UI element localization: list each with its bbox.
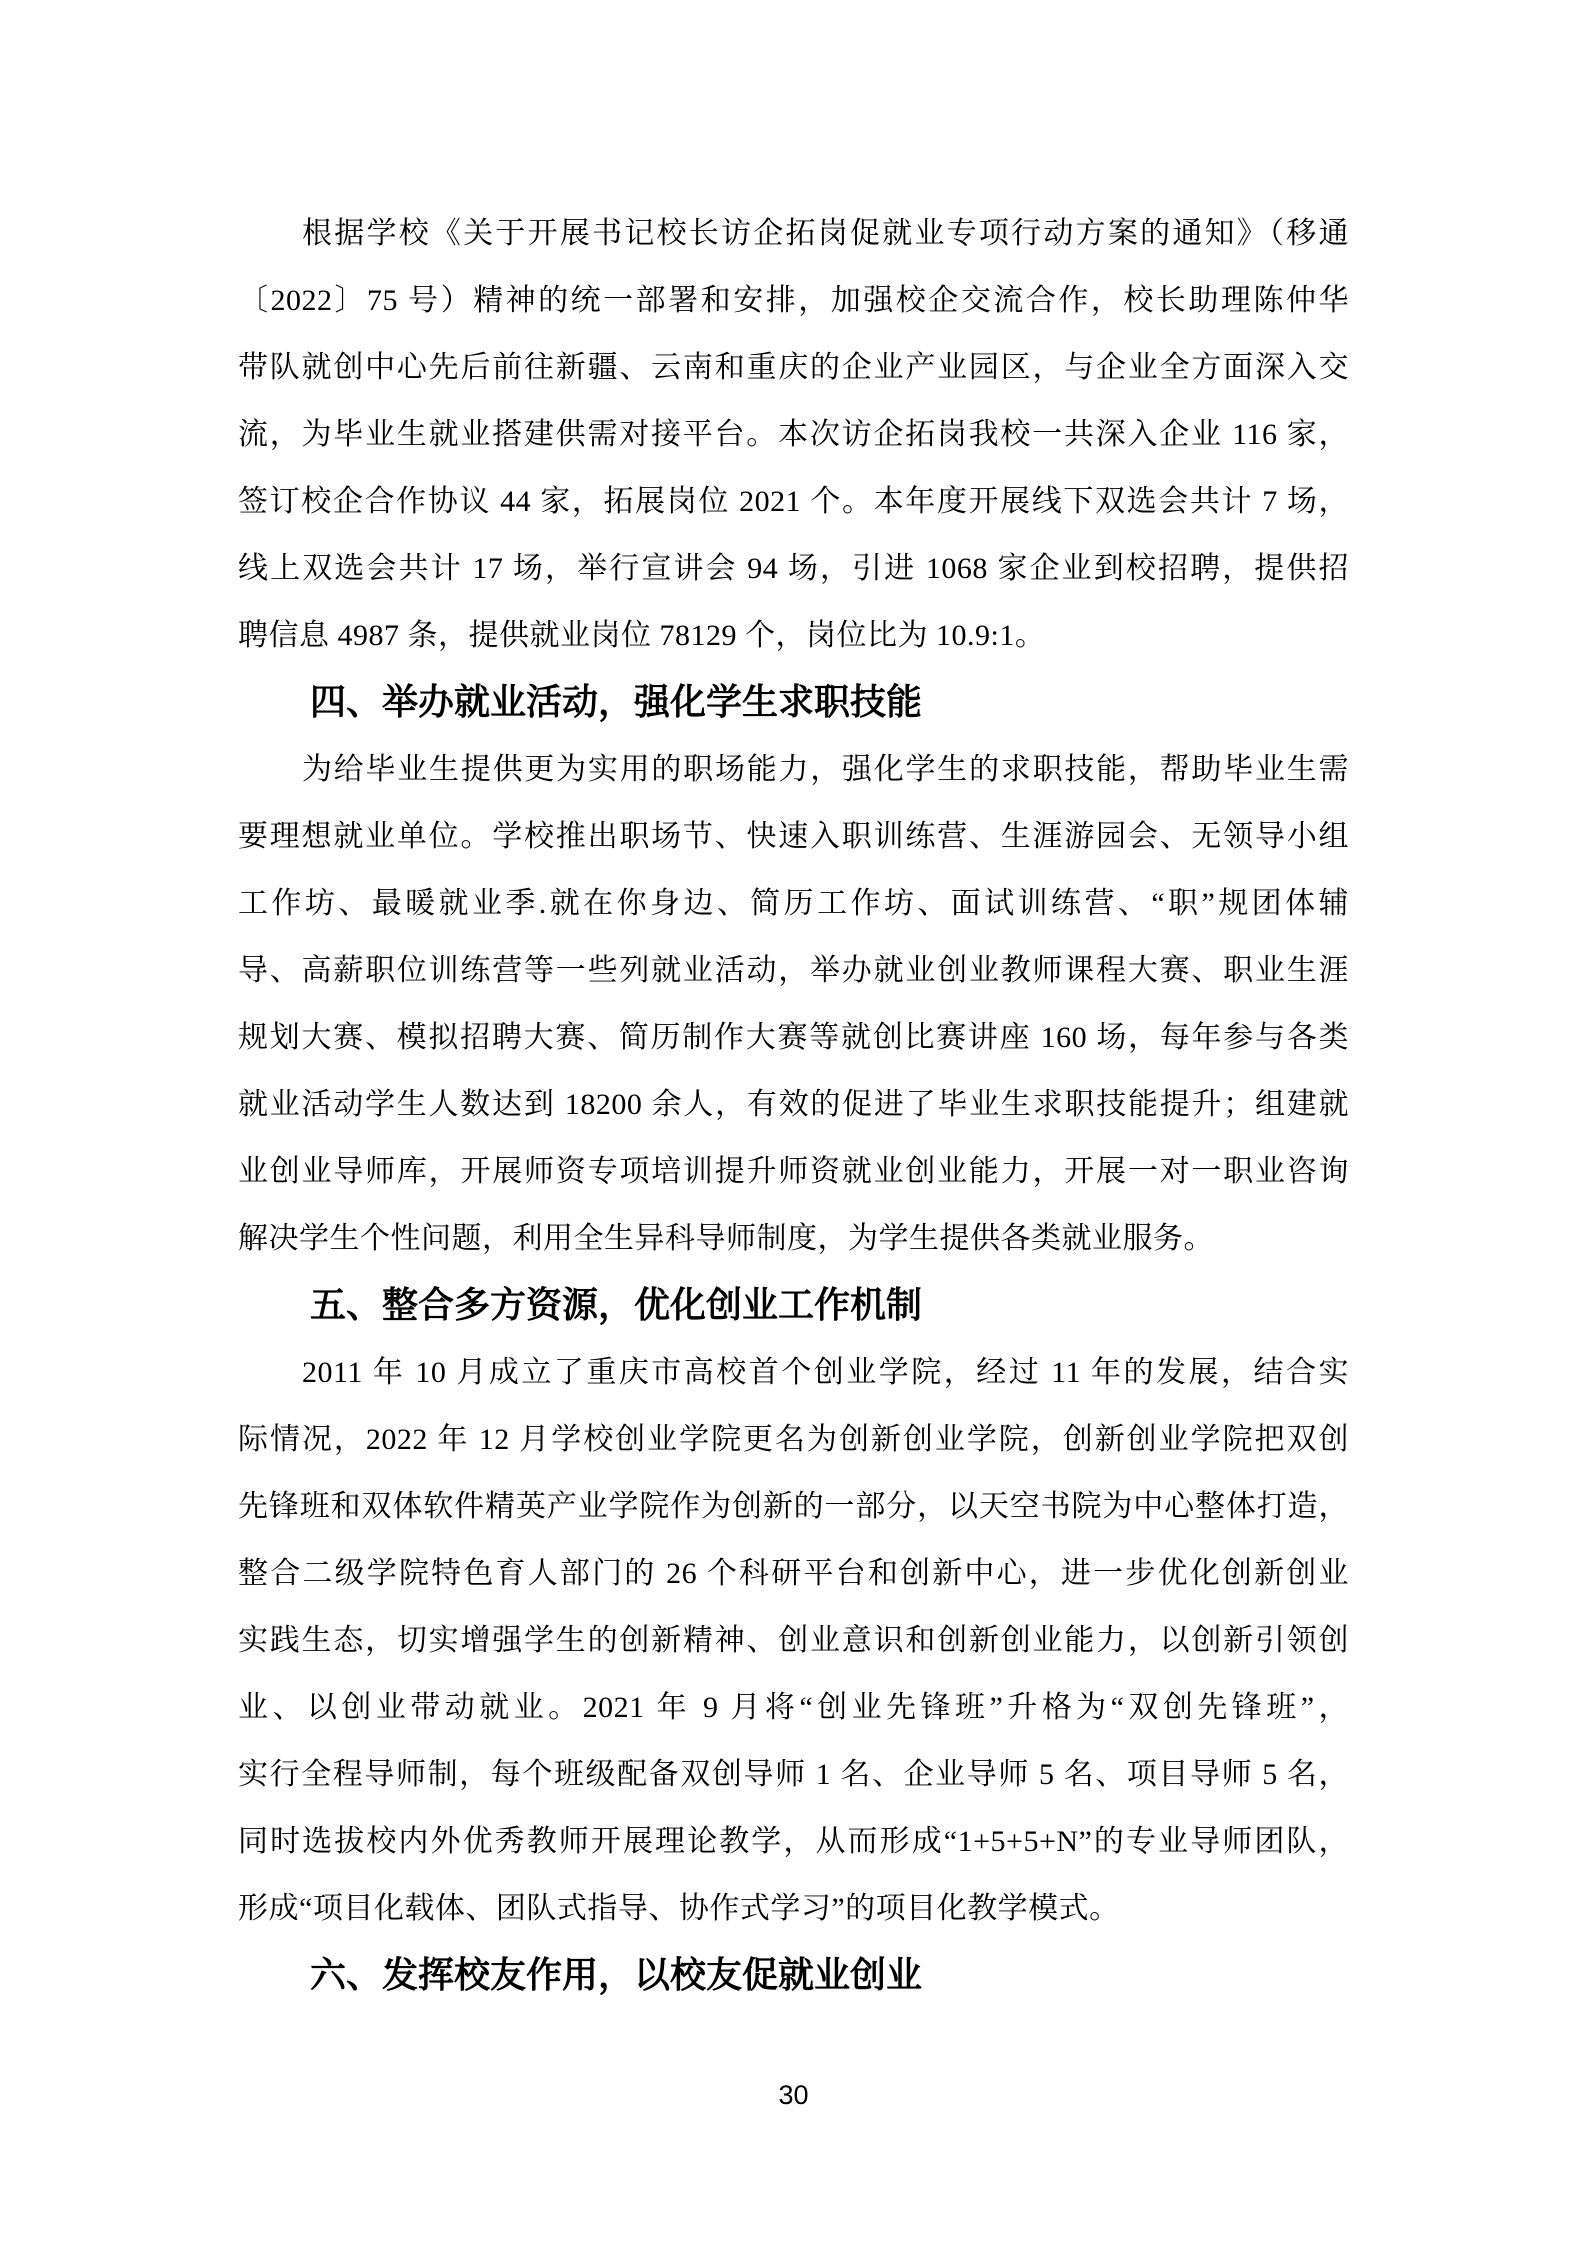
paragraph-line: 解决学生个性问题，利用全生异科导师制度，为学生提供各类就业服务。 <box>238 1205 1349 1272</box>
paragraph-line: 整合二级学院特色育人部门的 26 个科研平台和创新中心，进一步优化创新创业 <box>238 1540 1349 1607</box>
paragraph-line: 流，为毕业生就业搭建供需对接平台。本次访企拓岗我校一共深入企业 116 家， <box>238 401 1349 468</box>
section-heading: 四、举办就业活动，强化学生求职技能 <box>238 669 1349 736</box>
paragraph-line: 聘信息 4987 条，提供就业岗位 78129 个，岗位比为 10.9:1。 <box>238 602 1349 669</box>
paragraph-line: 形成“项目化载体、团队式指导、协作式学习”的项目化教学模式。 <box>238 1875 1349 1942</box>
paragraph-line: 先锋班和双体软件精英产业学院作为创新的一部分，以天空书院为中心整体打造， <box>238 1473 1349 1540</box>
paragraph-line: 导、高薪职位训练营等一些列就业活动，举办就业创业教师课程大赛、职业生涯 <box>238 937 1349 1004</box>
paragraph-line: 际情况，2022 年 12 月学校创业学院更名为创新创业学院，创新创业学院把双创 <box>238 1406 1349 1473</box>
paragraph-line: 同时选拔校内外优秀教师开展理论教学，从而形成“1+5+5+N”的专业导师团队， <box>238 1808 1349 1875</box>
document-page: 根据学校《关于开展书记校长访企拓岗促就业专项行动方案的通知》（移通〔2022〕7… <box>0 0 1587 2245</box>
paragraph: 为给毕业生提供更为实用的职场能力，强化学生的求职技能，帮助毕业生需要理想就业单位… <box>238 736 1349 1272</box>
page-number: 30 <box>0 2078 1587 2112</box>
paragraph-line: 签订校企合作协议 44 家，拓展岗位 2021 个。本年度开展线下双选会共计 7… <box>238 468 1349 535</box>
paragraph-line: 业、以创业带动就业。2021 年 9 月将“创业先锋班”升格为“双创先锋班”， <box>238 1674 1349 1741</box>
paragraph-line: 〔2022〕75 号）精神的统一部署和安排，加强校企交流合作，校长助理陈仲华 <box>238 267 1349 334</box>
paragraph-line: 就业活动学生人数达到 18200 余人，有效的促进了毕业生求职技能提升；组建就 <box>238 1071 1349 1138</box>
paragraph-line: 为给毕业生提供更为实用的职场能力，强化学生的求职技能，帮助毕业生需 <box>238 736 1349 803</box>
paragraph-line: 工作坊、最暖就业季.就在你身边、简历工作坊、面试训练营、“职”规团体辅 <box>238 870 1349 937</box>
paragraph-line: 带队就创中心先后前往新疆、云南和重庆的企业产业园区，与企业全方面深入交 <box>238 334 1349 401</box>
paragraph-line: 根据学校《关于开展书记校长访企拓岗促就业专项行动方案的通知》（移通 <box>238 200 1349 267</box>
section-heading: 五、整合多方资源，优化创业工作机制 <box>238 1272 1349 1339</box>
paragraph: 2011 年 10 月成立了重庆市高校首个创业学院，经过 11 年的发展，结合实… <box>238 1339 1349 1942</box>
paragraph-line: 规划大赛、模拟招聘大赛、简历制作大赛等就创比赛讲座 160 场，每年参与各类 <box>238 1004 1349 1071</box>
paragraph-line: 实行全程导师制，每个班级配备双创导师 1 名、企业导师 5 名、项目导师 5 名… <box>238 1741 1349 1808</box>
document-body: 根据学校《关于开展书记校长访企拓岗促就业专项行动方案的通知》（移通〔2022〕7… <box>238 200 1349 2009</box>
paragraph-line: 要理想就业单位。学校推出职场节、快速入职训练营、生涯游园会、无领导小组 <box>238 803 1349 870</box>
paragraph-line: 业创业导师库，开展师资专项培训提升师资就业创业能力，开展一对一职业咨询 <box>238 1138 1349 1205</box>
paragraph-line: 2011 年 10 月成立了重庆市高校首个创业学院，经过 11 年的发展，结合实 <box>238 1339 1349 1406</box>
section-heading: 六、发挥校友作用，以校友促就业创业 <box>238 1942 1349 2009</box>
paragraph: 根据学校《关于开展书记校长访企拓岗促就业专项行动方案的通知》（移通〔2022〕7… <box>238 200 1349 669</box>
paragraph-line: 实践生态，切实增强学生的创新精神、创业意识和创新创业能力，以创新引领创 <box>238 1607 1349 1674</box>
paragraph-line: 线上双选会共计 17 场，举行宣讲会 94 场，引进 1068 家企业到校招聘，… <box>238 535 1349 602</box>
